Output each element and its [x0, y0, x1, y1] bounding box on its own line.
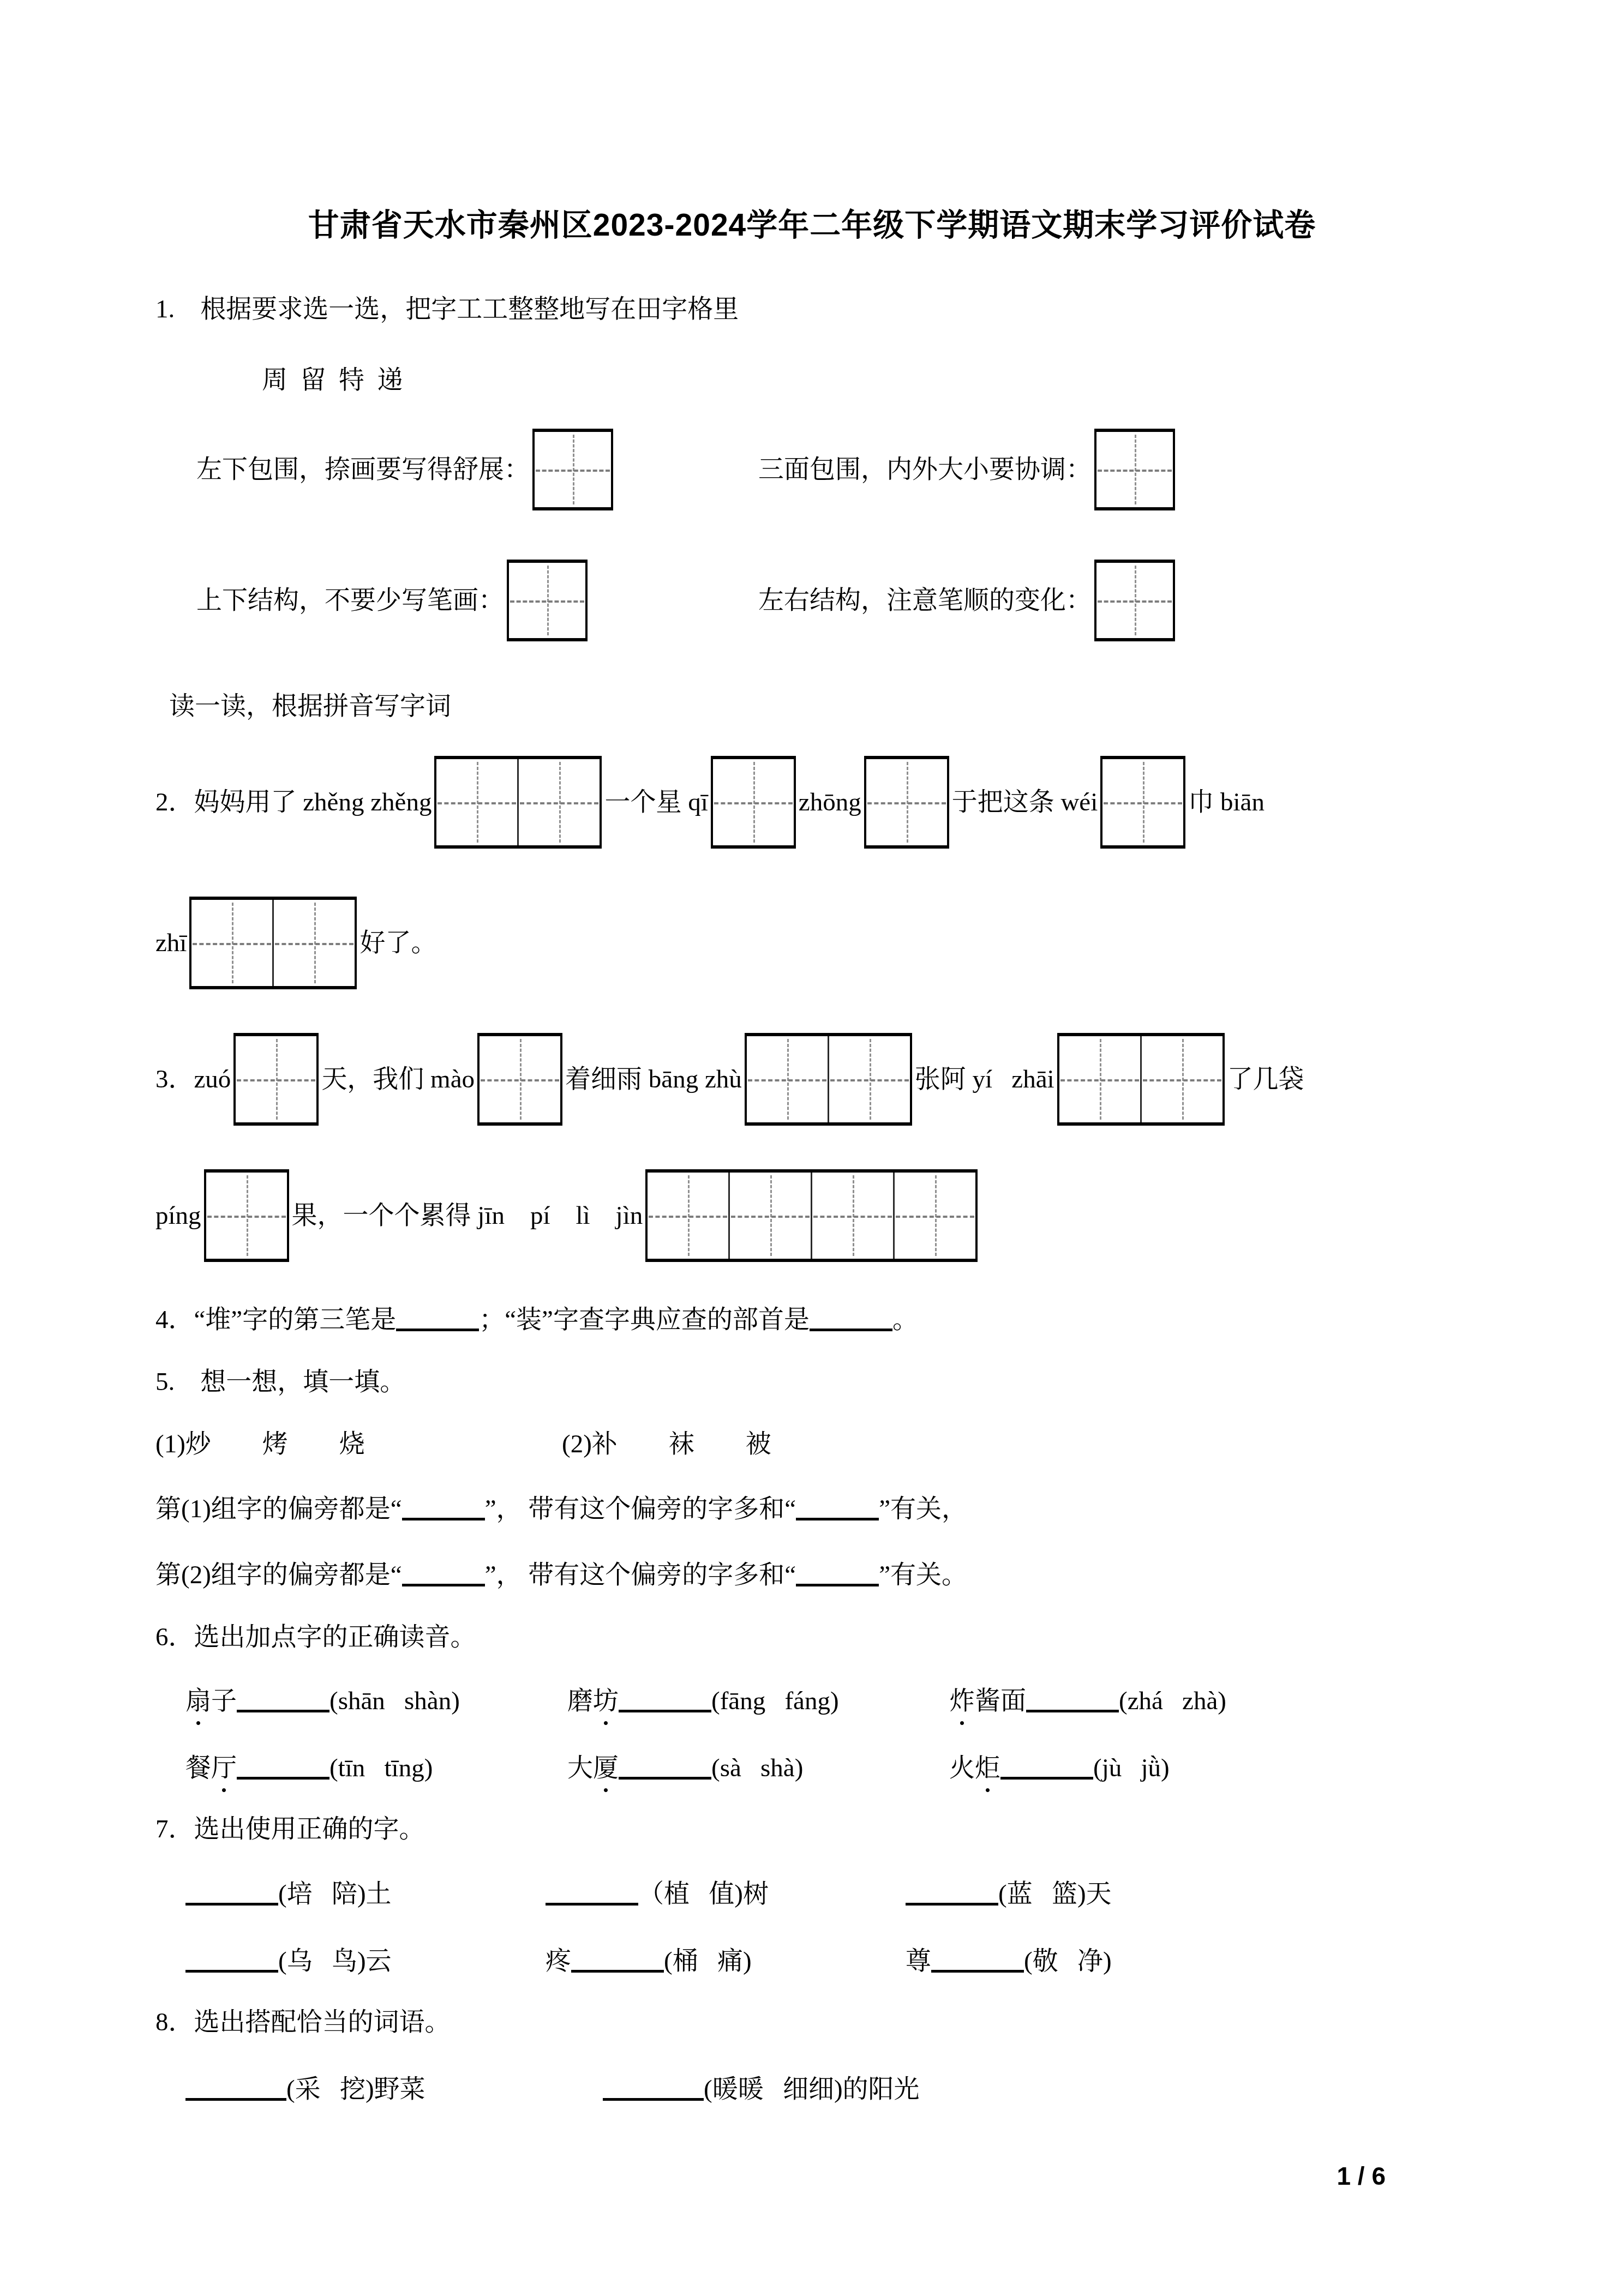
q6-item-canting: 餐厅(tīn tīng) — [185, 1748, 567, 1785]
q6-item-huoju: 火炬(jù jǜ) — [949, 1748, 1170, 1785]
tianzige-cell — [509, 563, 585, 638]
q1-row1-label2: 三面包围，内外大小要协调： — [758, 453, 1092, 486]
tianzige-box — [434, 756, 602, 849]
pinyin-options: (zhá zhà) — [1119, 1687, 1226, 1715]
tianzige-cell — [517, 759, 600, 845]
q5-groups-row: (1)炒 烤 烧 (2)补 袜 被 — [155, 1427, 1469, 1461]
dotted-character: 炸 — [949, 1684, 975, 1718]
char-options: (敬 净) — [1024, 1947, 1112, 1975]
tianzige-cell — [1059, 1036, 1140, 1122]
q3-line-1: 3．zuó 天，我们 mào 着细雨 bāng zhù 张阿 yí zhāi 了… — [155, 1033, 1469, 1126]
q7-prompt: 7．选出使用正确的字。 — [155, 1812, 1469, 1846]
answer-blank — [185, 1878, 278, 1906]
q2-line-1: 2．妈妈用了 zhěng zhěng 一个星 qī zhōng 于把这条 wéi… — [155, 756, 1469, 849]
q5-line2-text-2: ”， 带有这个偏旁的字多和“ — [485, 1561, 796, 1589]
tianzige-box — [477, 1033, 562, 1126]
q2-text-7: 好了。 — [359, 926, 436, 960]
q3-text-7: 果，一个个累得 jīn pí lì jìn — [292, 1199, 643, 1233]
q2-text-6: zhī — [155, 926, 187, 960]
char-options: (乌 鸟)云 — [278, 1947, 392, 1975]
tianzige-cell — [866, 759, 947, 845]
q5-group-1: (1)炒 烤 烧 — [155, 1427, 562, 1461]
q8-prompt: 8．选出搭配恰当的词语。 — [155, 2005, 1469, 2039]
tianzige-cell — [1140, 1036, 1223, 1122]
answer-blank — [619, 1685, 711, 1712]
q5-line2-text-3: ”有关。 — [879, 1561, 967, 1589]
pinyin-section-intro: 读一读，根据拼音写字词 — [169, 689, 1469, 723]
q6-prompt-text: 6．选出加点字的正确读音。 — [155, 1623, 476, 1651]
q1-grid-pair-4: 左右结构，注意笔顺的变化： — [758, 560, 1178, 641]
tianzige-box — [1057, 1033, 1225, 1126]
tianzige-cell — [191, 900, 272, 986]
answer-blank — [402, 1493, 485, 1520]
q3-text-4: 张阿 yí zhāi — [915, 1062, 1054, 1096]
tianzige-cell — [236, 1036, 316, 1122]
tianzige-cell — [436, 759, 517, 845]
dotted-character: 坊 — [593, 1684, 619, 1718]
tianzige-cell — [1096, 563, 1173, 638]
q7-item-4: (乌 鸟)云 — [185, 1942, 546, 1978]
tianzige-cell — [811, 1173, 893, 1259]
pinyin-options: (tīn tīng) — [329, 1754, 433, 1782]
word-part: 子 — [211, 1687, 237, 1715]
pinyin-options: (sà shà) — [711, 1754, 803, 1782]
answer-blank — [931, 1945, 1024, 1973]
q7-items-row-1: (培 陪)土 （植 值)树 (蓝 篮)天 — [155, 1874, 1469, 1911]
answer-blank — [1026, 1685, 1119, 1712]
q2-line-2: zhī 好了。 — [155, 897, 1469, 989]
tianzige-cell — [893, 1173, 975, 1259]
word-part: 尊 — [906, 1947, 931, 1975]
q5-group-2: (2)补 袜 被 — [562, 1427, 771, 1461]
word-part: 火 — [949, 1754, 975, 1782]
q7-item-3: (蓝 篮)天 — [906, 1874, 1112, 1911]
answer-blank — [619, 1752, 711, 1780]
q7-items-row-2: (乌 鸟)云 疼(桶 痛) 尊(敬 净) — [155, 1942, 1469, 1978]
q7-item-1: (培 陪)土 — [185, 1874, 546, 1911]
tianzige-box — [864, 756, 949, 849]
q8-item-1: (采 挖)野菜 — [185, 2070, 603, 2106]
tianzige-box — [745, 1033, 912, 1126]
q1-prompt: 1. 根据要求选一选，把字工工整整地写在田字格里 — [155, 292, 1469, 326]
q5-line1-text-1: 第(1)组字的偏旁都是“ — [155, 1495, 402, 1523]
q7-item-5: 疼(桶 痛) — [546, 1942, 906, 1978]
answer-blank — [796, 1493, 879, 1520]
tianzige-box — [1094, 429, 1175, 510]
dotted-character: 炬 — [975, 1751, 1000, 1785]
q1-row2-label2: 左右结构，注意笔顺的变化： — [758, 584, 1092, 617]
q2-text-3: zhōng — [799, 785, 861, 819]
answer-blank — [603, 2073, 704, 2101]
tianzige-box — [233, 1033, 319, 1126]
q5-line1-text-2: ”， 带有这个偏旁的字多和“ — [485, 1495, 796, 1523]
q1-characters: 周 留 特 递 — [262, 366, 403, 394]
tianzige-box — [189, 897, 357, 989]
q6-item-shanzi: 扇子(shān shàn) — [185, 1681, 567, 1718]
answer-blank — [396, 1303, 479, 1331]
q5-prompt: 5. 想一想，填一填。 — [155, 1365, 1469, 1399]
char-options: (培 陪)土 — [278, 1880, 392, 1908]
word-part: 疼 — [546, 1947, 571, 1975]
tianzige-box — [1094, 560, 1175, 641]
answer-blank — [185, 1945, 278, 1973]
tianzige-box — [645, 1169, 978, 1262]
answer-blank — [810, 1303, 892, 1331]
q1-character-list: 周 留 特 递 — [262, 363, 1469, 397]
word-part: 大 — [567, 1754, 593, 1782]
q3-text-6: píng — [155, 1199, 201, 1233]
q7-item-2: （植 值)树 — [546, 1874, 906, 1911]
q6-item-dasha: 大厦(sà shà) — [567, 1748, 949, 1785]
tianzige-cell — [1102, 759, 1183, 845]
char-options: (蓝 篮)天 — [998, 1880, 1112, 1908]
word-options: (采 挖)野菜 — [286, 2075, 426, 2103]
q3-text-3: 着细雨 bāng zhù — [565, 1062, 742, 1096]
answer-blank — [796, 1559, 879, 1586]
tianzige-box — [532, 429, 613, 510]
answer-blank — [185, 2073, 286, 2101]
page-number-text: 1 / 6 — [1337, 2162, 1386, 2190]
q4-text-1: 4．“堆”字的第三笔是 — [155, 1306, 396, 1334]
q4-text-2: ；“装”字查字典应查的部首是 — [479, 1306, 810, 1334]
tianzige-box — [204, 1169, 289, 1262]
q8-prompt-text: 8．选出搭配恰当的词语。 — [155, 2008, 451, 2036]
word-part: 酱面 — [975, 1687, 1026, 1715]
pinyin-options: (shān shàn) — [329, 1687, 460, 1715]
tianzige-cell — [747, 1036, 828, 1122]
q8-items-row: (采 挖)野菜 (暖暖 细细)的阳光 — [155, 2070, 1469, 2106]
q3-line-2: píng 果，一个个累得 jīn pí lì jìn — [155, 1169, 1469, 1262]
q8-item-2: (暖暖 细细)的阳光 — [603, 2070, 920, 2106]
q4-text-3: 。 — [892, 1306, 918, 1334]
page-title: 甘肃省天水市秦州区2023-2024学年二年级下学期语文期末学习评价试卷 — [155, 206, 1469, 244]
dotted-character: 扇 — [185, 1684, 211, 1718]
q3-text-5: 了几袋 — [1227, 1062, 1304, 1096]
q6-item-zhajiangmian: 炸酱面(zhá zhà) — [949, 1681, 1226, 1718]
tianzige-cell — [535, 432, 611, 507]
tianzige-cell — [828, 1036, 910, 1122]
answer-blank — [906, 1878, 998, 1906]
q5-prompt-text: 5. 想一想，填一填。 — [155, 1368, 405, 1396]
q3-text-1: 3．zuó — [155, 1062, 231, 1096]
q1-grid-pair-3: 上下结构，不要少写笔画： — [196, 560, 758, 641]
tianzige-box — [1100, 756, 1185, 849]
q5-line1-text-3: ”有关， — [879, 1495, 967, 1523]
word-options: (暖暖 细细)的阳光 — [704, 2075, 920, 2103]
q6-items-row-2: 餐厅(tīn tīng) 大厦(sà shà) 火炬(jù jǜ) — [155, 1748, 1469, 1785]
q1-row1-label1: 左下包围，捺画要写得舒展： — [196, 453, 530, 486]
answer-blank — [571, 1945, 664, 1973]
q5-fill-line-2: 第(2)组字的偏旁都是“”， 带有这个偏旁的字多和“”有关。 — [155, 1555, 1469, 1592]
char-options: (桶 痛) — [664, 1947, 752, 1975]
answer-blank — [237, 1685, 329, 1712]
q2-text-1: 2．妈妈用了 zhěng zhěng — [155, 785, 432, 819]
q1-grid-pair-1: 左下包围，捺画要写得舒展： — [196, 429, 758, 510]
q1-grid-row-1: 左下包围，捺画要写得舒展： 三面包围，内外大小要协调： — [155, 429, 1469, 510]
answer-blank — [1000, 1752, 1093, 1780]
answer-blank — [402, 1559, 485, 1586]
q2-text-5: 巾 biān — [1188, 785, 1265, 819]
q1-grid-row-2: 上下结构，不要少写笔画： 左右结构，注意笔顺的变化： — [155, 560, 1469, 641]
tianzige-box — [711, 756, 796, 849]
tianzige-cell — [206, 1173, 287, 1259]
q1-grid-pair-2: 三面包围，内外大小要协调： — [758, 429, 1178, 510]
q6-prompt: 6．选出加点字的正确读音。 — [155, 1620, 1469, 1654]
q2-text-4: 于把这条 wéi — [952, 785, 1098, 819]
page-indicator: 1 / 6 — [155, 2161, 1469, 2191]
tianzige-cell — [648, 1173, 728, 1259]
word-part: 餐 — [185, 1754, 211, 1782]
tianzige-cell — [480, 1036, 560, 1122]
exam-paper-page: 甘肃省天水市秦州区2023-2024学年二年级下学期语文期末学习评价试卷 1. … — [0, 0, 1624, 2296]
dotted-character: 厦 — [593, 1751, 619, 1785]
dotted-character: 厅 — [211, 1751, 237, 1785]
q2-text-2: 一个星 qī — [604, 785, 708, 819]
word-part: 磨 — [567, 1687, 593, 1715]
q6-items-row-1: 扇子(shān shàn) 磨坊(fāng fáng) 炸酱面(zhá zhà) — [155, 1681, 1469, 1718]
tianzige-cell — [272, 900, 355, 986]
pinyin-options: (jù jǜ) — [1093, 1754, 1170, 1782]
q4-line: 4．“堆”字的第三笔是；“装”字查字典应查的部首是。 — [155, 1300, 1469, 1337]
answer-blank — [237, 1752, 329, 1780]
q1-row2-label1: 上下结构，不要少写笔画： — [196, 584, 504, 617]
answer-blank — [546, 1878, 638, 1906]
q5-line2-text-1: 第(2)组字的偏旁都是“ — [155, 1561, 402, 1589]
char-options: （植 值)树 — [638, 1880, 769, 1908]
q5-fill-line-1: 第(1)组字的偏旁都是“”， 带有这个偏旁的字多和“”有关， — [155, 1489, 1469, 1526]
q7-item-6: 尊(敬 净) — [906, 1942, 1112, 1978]
pinyin-options: (fāng fáng) — [711, 1687, 839, 1715]
tianzige-cell — [713, 759, 794, 845]
pinyin-intro-text: 读一读，根据拼音写字词 — [169, 692, 451, 720]
tianzige-cell — [1096, 432, 1173, 507]
q1-prompt-text: 1. 根据要求选一选，把字工工整整地写在田字格里 — [155, 295, 739, 323]
q7-prompt-text: 7．选出使用正确的字。 — [155, 1815, 425, 1843]
q3-text-2: 天，我们 mào — [321, 1062, 475, 1096]
tianzige-box — [507, 560, 588, 641]
tianzige-cell — [728, 1173, 811, 1259]
q6-item-mofang: 磨坊(fāng fáng) — [567, 1681, 949, 1718]
